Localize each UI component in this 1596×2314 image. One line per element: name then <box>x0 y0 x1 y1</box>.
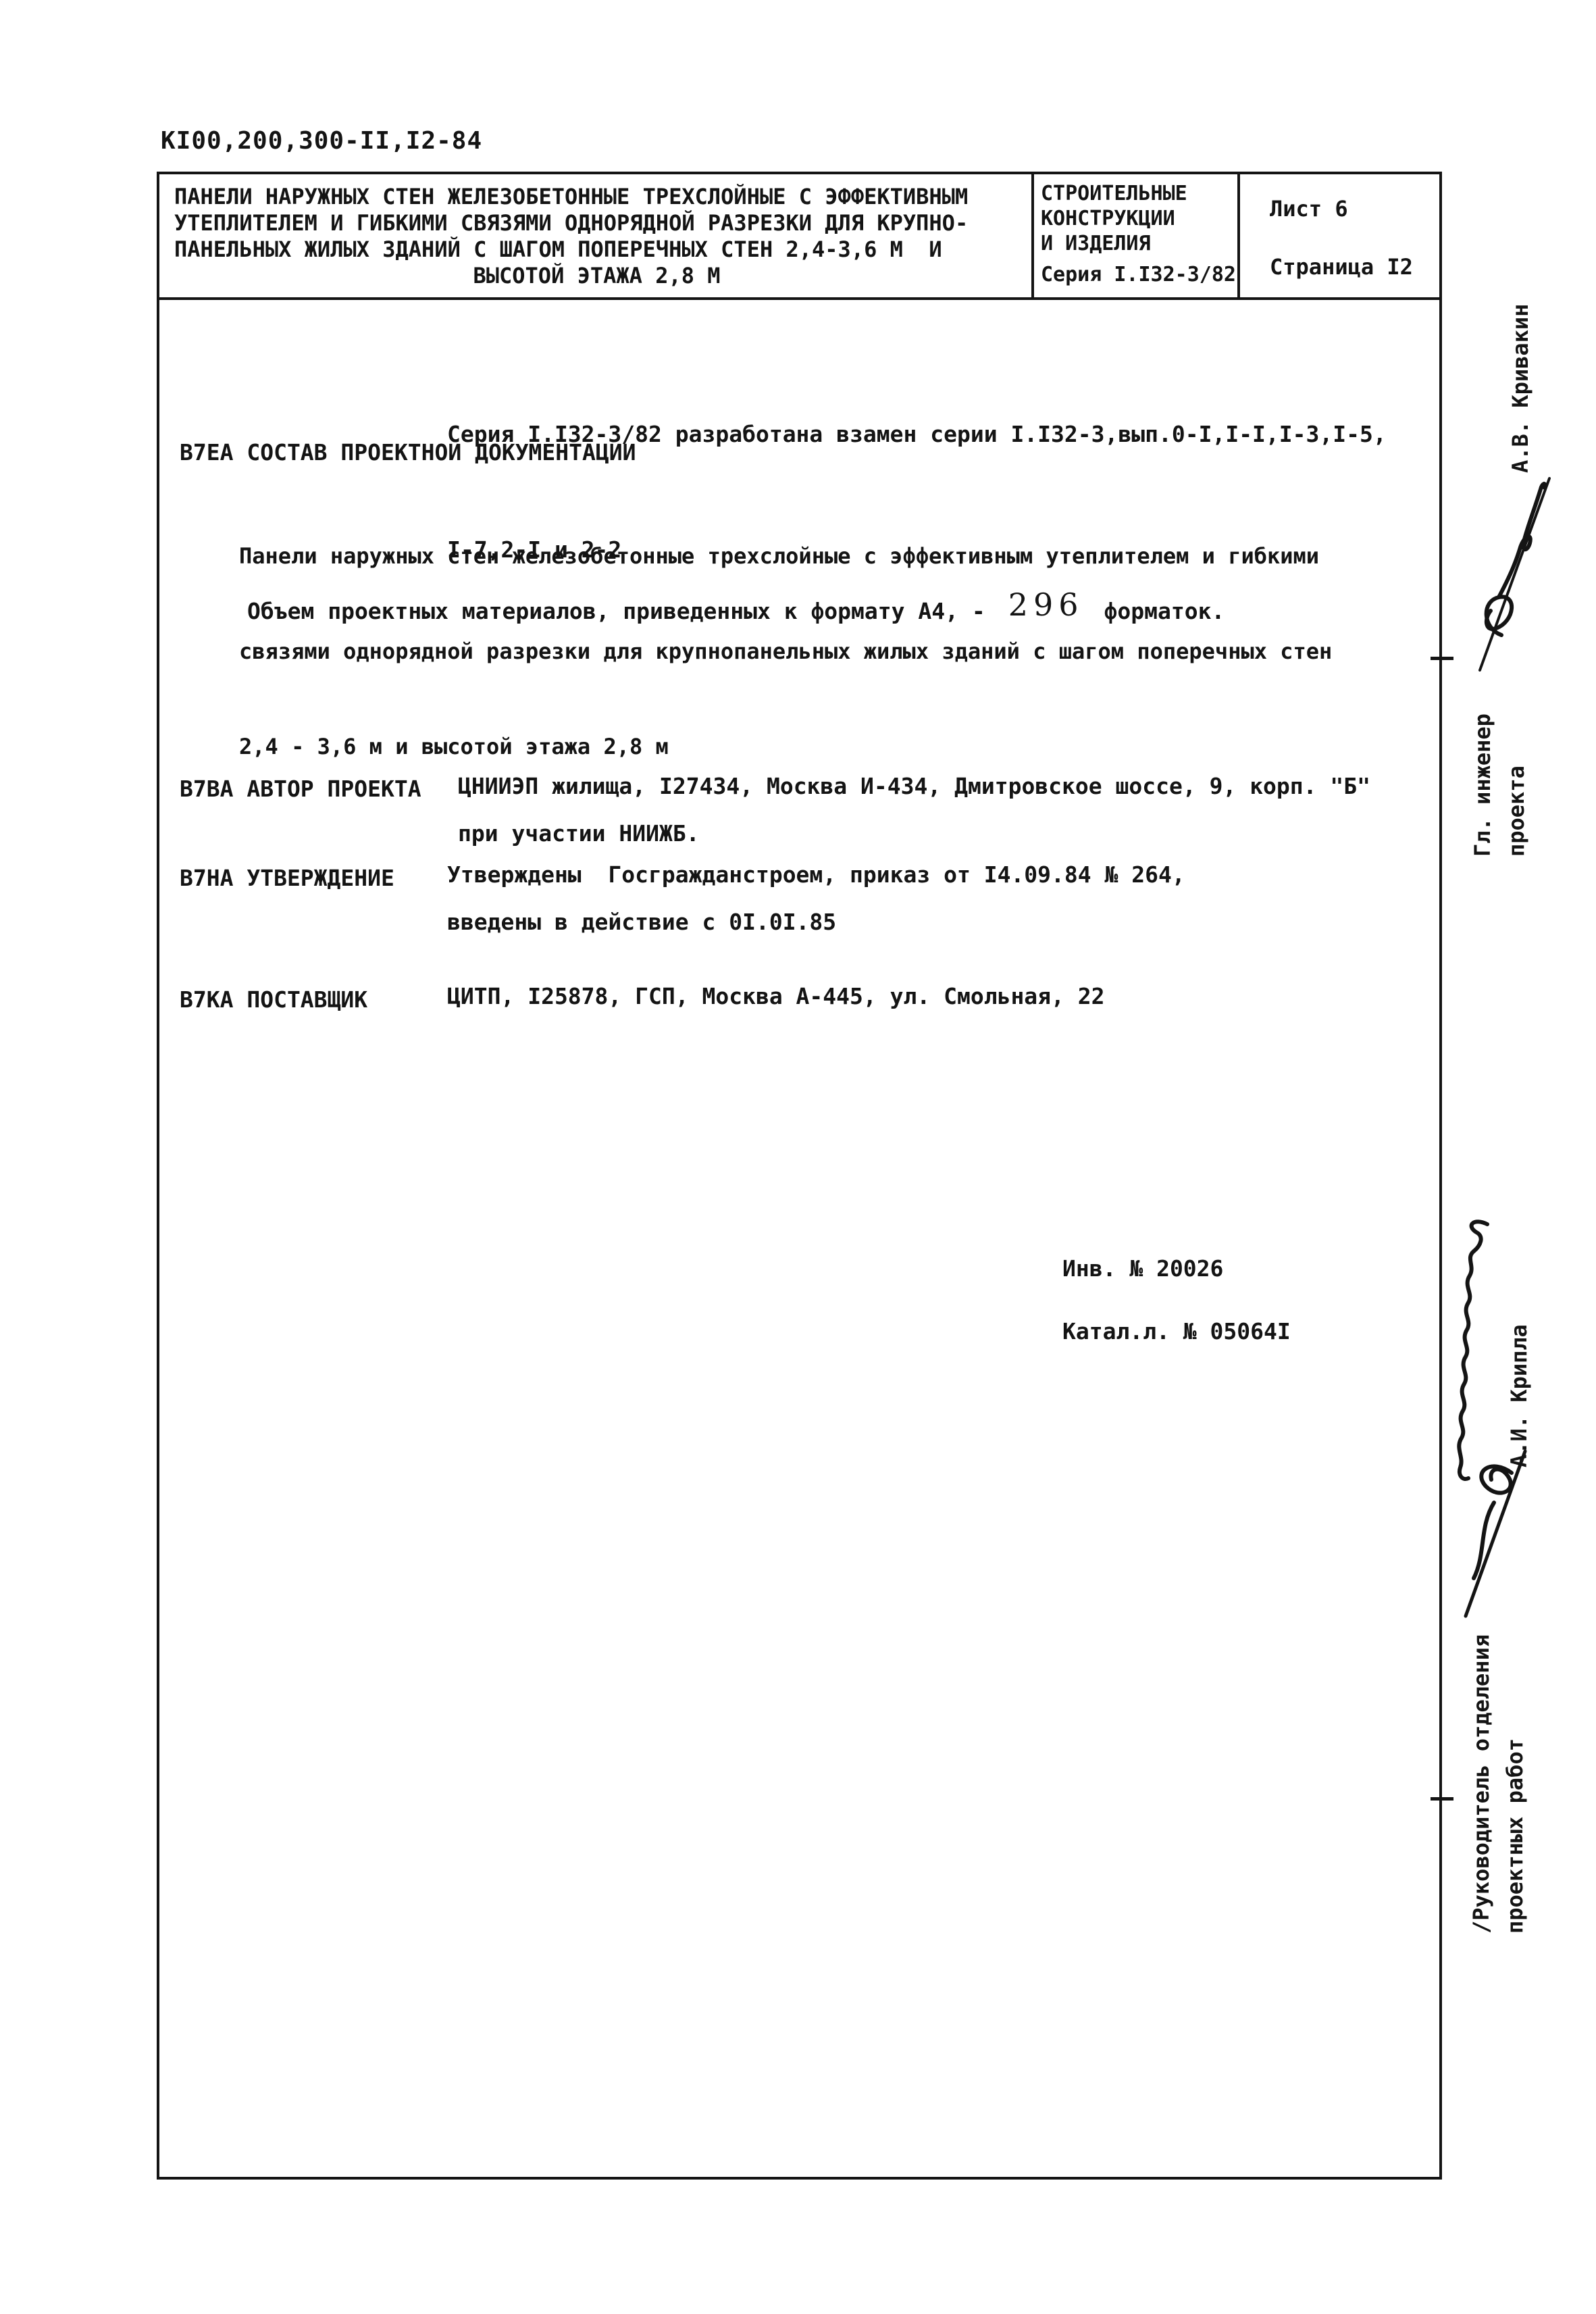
supplier-value: ЦИТП, I25878, ГСП, Москва А-445, ул. Смо… <box>447 983 1105 1010</box>
section-composition-heading: В7ЕА СОСТАВ ПРОЕКТНОЙ ДОКУМЕНТАЦИИ <box>180 439 636 466</box>
volume-suffix: форматок. <box>1104 598 1225 624</box>
catalog-number: Катал.л. № 05064I <box>1062 1318 1291 1345</box>
border-tick-upper <box>1431 657 1453 660</box>
series-number: Серия I.I32-3/82 <box>1041 262 1237 287</box>
volume-handwritten-value: 296 <box>1008 586 1084 623</box>
author-value-line-1: ЦНИИЭП жилища, I27434, Москва И-434, Дми… <box>458 773 1370 800</box>
author-label: В7ВА АВТОР ПРОЕКТА <box>180 776 421 803</box>
approval-label: В7НА УТВЕРЖДЕНИЕ <box>180 865 394 892</box>
signature-head-flourish <box>1459 1446 1530 1625</box>
composition-line-2: связями однорядной разрезки для крупнопа… <box>239 636 1332 668</box>
composition-line-1: Панели наружных стен железобетонные трех… <box>239 540 1332 572</box>
author-value-line-2: при участии НИИЖБ. <box>458 820 700 847</box>
title-line-2: УТЕПЛИТЕЛЕМ И ГИБКИМИ СВЯЗЯМИ ОДНОРЯДНОЙ… <box>174 210 1019 236</box>
approval-value-line-2: введены в действие с 0I.0I.85 <box>447 909 836 936</box>
category-cell: СТРОИТЕЛЬНЫЕ КОНСТРУКЦИИ И ИЗДЕЛИЯ Серия… <box>1034 174 1240 297</box>
category-line-2: КОНСТРУКЦИИ <box>1041 206 1237 231</box>
chief-engineer-name: А.В. Кривакин <box>1503 304 1537 473</box>
title-line-3: ПАНЕЛЬНЫХ ЖИЛЫХ ЗДАНИЙ С ШАГОМ ПОПЕРЕЧНЫ… <box>174 236 1019 263</box>
inventory-number: Инв. № 20026 <box>1062 1255 1223 1282</box>
chief-engineer-title: Гл. инженер проекта <box>1466 713 1533 857</box>
border-tick-lower <box>1431 1797 1453 1801</box>
head-of-department-name: А.И. Крипла <box>1502 1324 1536 1467</box>
composition-line-3: 2,4 - 3,6 м и высотой этажа 2,8 м <box>239 731 1332 763</box>
supplier-label: В7КА ПОСТАВЩИК <box>180 986 367 1013</box>
approval-value-line-1: Утверждены Госгражданстроем, приказ от I… <box>447 861 1185 888</box>
volume-prefix: Объем проектных материалов, приведенных … <box>247 598 985 624</box>
head-of-department-title: /Руководитель отделения проектных работ <box>1464 1634 1532 1934</box>
category-line-3: И ИЗДЕЛИЯ <box>1041 231 1237 256</box>
sheet-number: Лист 6 <box>1270 196 1439 222</box>
title-cell: ПАНЕЛИ НАРУЖНЫХ СТЕН ЖЕЛЕЗОБЕТОННЫЕ ТРЕХ… <box>159 174 1034 297</box>
document-code: КI00,200,300-II,I2-84 <box>161 127 482 155</box>
volume-line: Объем проектных материалов, приведенных … <box>247 590 1225 626</box>
title-block: ПАНЕЛИ НАРУЖНЫХ СТЕН ЖЕЛЕЗОБЕТОННЫЕ ТРЕХ… <box>159 174 1439 300</box>
title-line-4: ВЫСОТОЙ ЭТАЖА 2,8 М <box>174 263 1019 289</box>
category-line-1: СТРОИТЕЛЬНЫЕ <box>1041 181 1237 206</box>
signature-chief-engineer <box>1476 466 1553 676</box>
scanned-document-page: КI00,200,300-II,I2-84 ПАНЕЛИ НАРУЖНЫХ СТ… <box>0 0 1596 2314</box>
sheet-cell: Лист 6 Страница I2 <box>1240 174 1439 297</box>
title-line-1: ПАНЕЛИ НАРУЖНЫХ СТЕН ЖЕЛЕЗОБЕТОННЫЕ ТРЕХ… <box>174 184 1019 210</box>
page-number: Страница I2 <box>1270 254 1439 280</box>
